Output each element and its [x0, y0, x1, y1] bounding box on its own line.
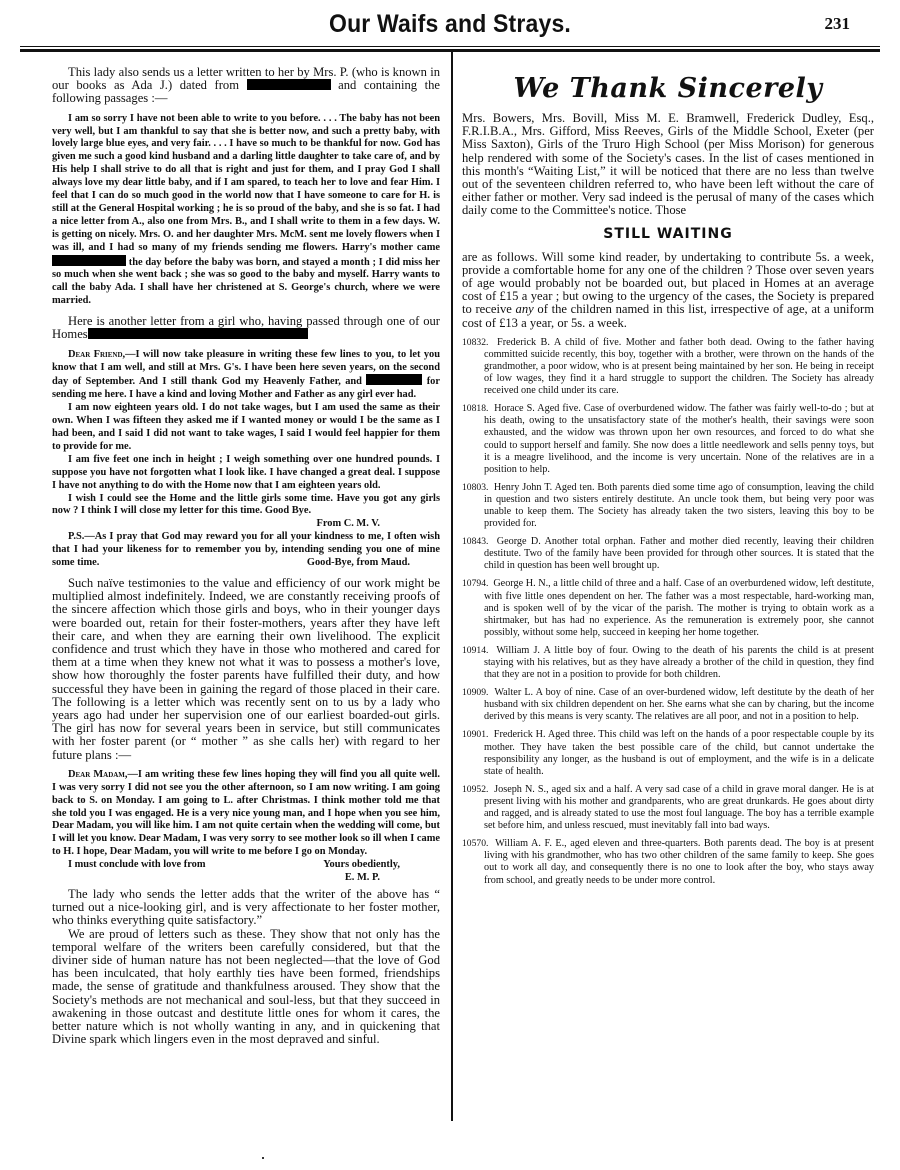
- case-text: 10570. William A. F. E., aged eleven and…: [462, 838, 874, 886]
- intro-paragraph-1: This lady also sends us a letter written…: [52, 66, 440, 106]
- letter-2-postscript: P.S.—As I pray that God may reward you f…: [52, 531, 440, 570]
- case-number: 10843.: [462, 536, 497, 547]
- case-number: 10570.: [462, 838, 495, 849]
- case-description: Horace S. Aged five. Case of overburdene…: [484, 403, 874, 474]
- case-number: 10832.: [462, 337, 497, 348]
- letter-3-salutation: Dear Madam,: [68, 769, 128, 780]
- section-title-still-waiting: STILL WAITING: [462, 228, 874, 241]
- case-description: Frederick H. Aged three. This child was …: [484, 729, 874, 776]
- redaction-block: [366, 374, 422, 385]
- redaction-block: [52, 255, 126, 266]
- letter-3-signature: E. M. P.: [52, 872, 440, 885]
- letter-3-text: —I am writing these few lines hoping the…: [52, 769, 440, 857]
- page-header: Our Waifs and Strays. 231: [0, 0, 900, 48]
- case-entry: 10818. Horace S. Aged five. Case of over…: [462, 403, 874, 476]
- case-description: George D. Another total orphan. Father a…: [484, 536, 874, 571]
- case-number: 10818.: [462, 403, 494, 414]
- case-number: 10909.: [462, 687, 494, 698]
- case-number: 10901.: [462, 729, 494, 740]
- postscript-signature: Good-Bye, from Maud.: [291, 557, 440, 570]
- case-number: 10914.: [462, 645, 496, 656]
- case-description: Henry John T. Aged ten. Both parents die…: [484, 482, 874, 529]
- case-text: 10901. Frederick H. Aged three. This chi…: [462, 729, 874, 777]
- case-text: 10803. Henry John T. Aged ten. Both pare…: [462, 482, 874, 530]
- page-number: 231: [825, 14, 851, 34]
- outro-paragraph-1: The lady who sends the letter adds that …: [52, 888, 440, 928]
- header-rule-thick: [20, 49, 880, 52]
- letter-2-signature: From C. M. V.: [52, 518, 440, 531]
- case-text: 10914. William J. A little boy of four. …: [462, 645, 874, 681]
- case-text: 10794. George H. N., a little child of t…: [462, 578, 874, 638]
- letter-2-paragraph-4: I wish I could see the Home and the litt…: [52, 493, 440, 519]
- case-entry: 10832. Frederick B. A child of five. Mot…: [462, 337, 874, 397]
- case-entry: 10952. Joseph N. S., aged six and a half…: [462, 784, 874, 832]
- case-description: William J. A little boy of four. Owing t…: [484, 645, 874, 680]
- case-text: 10843. George D. Another total orphan. F…: [462, 536, 874, 572]
- outro-paragraph-2: We are proud of letters such as these. T…: [52, 928, 440, 1047]
- thanks-heading: We Thank Sincerely: [462, 72, 874, 106]
- case-description: Frederick B. A child of five. Mother and…: [484, 337, 874, 396]
- closing-right-text: Yours obediently,: [323, 859, 400, 872]
- letter-3-paragraph: Dear Madam,—I am writing these few lines…: [52, 769, 440, 859]
- case-text: 10818. Horace S. Aged five. Case of over…: [462, 403, 874, 476]
- closing-text: I must conclude with love from: [68, 859, 205, 872]
- running-title: Our Waifs and Strays.: [36, 10, 864, 39]
- case-text: 10952. Joseph N. S., aged six and a half…: [462, 784, 874, 832]
- waiting-intro-paragraph: are as follows. Will some kind reader, b…: [462, 251, 874, 330]
- waiting-intro-emphasis: any: [516, 302, 534, 316]
- case-entry: 10794. George H. N., a little child of t…: [462, 578, 874, 638]
- case-number: 10794.: [462, 578, 493, 589]
- commentary-paragraph: Such naïve testimonies to the value and …: [52, 577, 440, 762]
- case-list: 10832. Frederick B. A child of five. Mot…: [462, 337, 874, 887]
- case-text: 10832. Frederick B. A child of five. Mot…: [462, 337, 874, 397]
- case-entry: 10909. Walter L. A boy of nine. Case of …: [462, 687, 874, 723]
- letter-3-closing: I must conclude with love fromYours obed…: [52, 859, 440, 872]
- redaction-block: [88, 328, 308, 339]
- case-description: George H. N., a little child of three an…: [484, 578, 874, 637]
- case-text: 10909. Walter L. A boy of nine. Case of …: [462, 687, 874, 723]
- redaction-block: [247, 79, 331, 90]
- letter-2-paragraph-3: I am five feet one inch in height ; I we…: [52, 454, 440, 493]
- case-entry: 10901. Frederick H. Aged three. This chi…: [462, 729, 874, 777]
- letter-2-paragraph-2: I am now eighteen years old. I do not ta…: [52, 402, 440, 454]
- page-speck: [262, 1157, 264, 1159]
- case-description: Walter L. A boy of nine. Case of an over…: [484, 687, 874, 722]
- column-divider: [451, 49, 453, 1121]
- case-entry: 10843. George D. Another total orphan. F…: [462, 536, 874, 572]
- letter-1-text: I am so sorry I have not been able to wr…: [52, 113, 440, 253]
- case-number: 10803.: [462, 482, 494, 493]
- case-description: Joseph N. S., aged six and a half. A ver…: [484, 784, 874, 831]
- header-rule-thin: [20, 46, 880, 47]
- case-entry: 10570. William A. F. E., aged eleven and…: [462, 838, 874, 886]
- right-column: We Thank Sincerely Mrs. Bowers, Mrs. Bov…: [462, 66, 874, 893]
- thanks-paragraph: Mrs. Bowers, Mrs. Bovill, Miss M. E. Bra…: [462, 112, 874, 218]
- case-entry: 10803. Henry John T. Aged ten. Both pare…: [462, 482, 874, 530]
- case-entry: 10914. William J. A little boy of four. …: [462, 645, 874, 681]
- case-description: William A. F. E., aged eleven and three-…: [484, 838, 874, 885]
- intro-paragraph-2: Here is another letter from a girl who, …: [52, 315, 440, 341]
- letter-1-paragraph: I am so sorry I have not been able to wr…: [52, 113, 440, 309]
- letter-2-salutation: Dear Friend,: [68, 349, 125, 360]
- letter-2-paragraph-1: Dear Friend,—I will now take pleasure in…: [52, 349, 440, 403]
- case-number: 10952.: [462, 784, 494, 795]
- left-column: This lady also sends us a letter written…: [52, 66, 440, 1046]
